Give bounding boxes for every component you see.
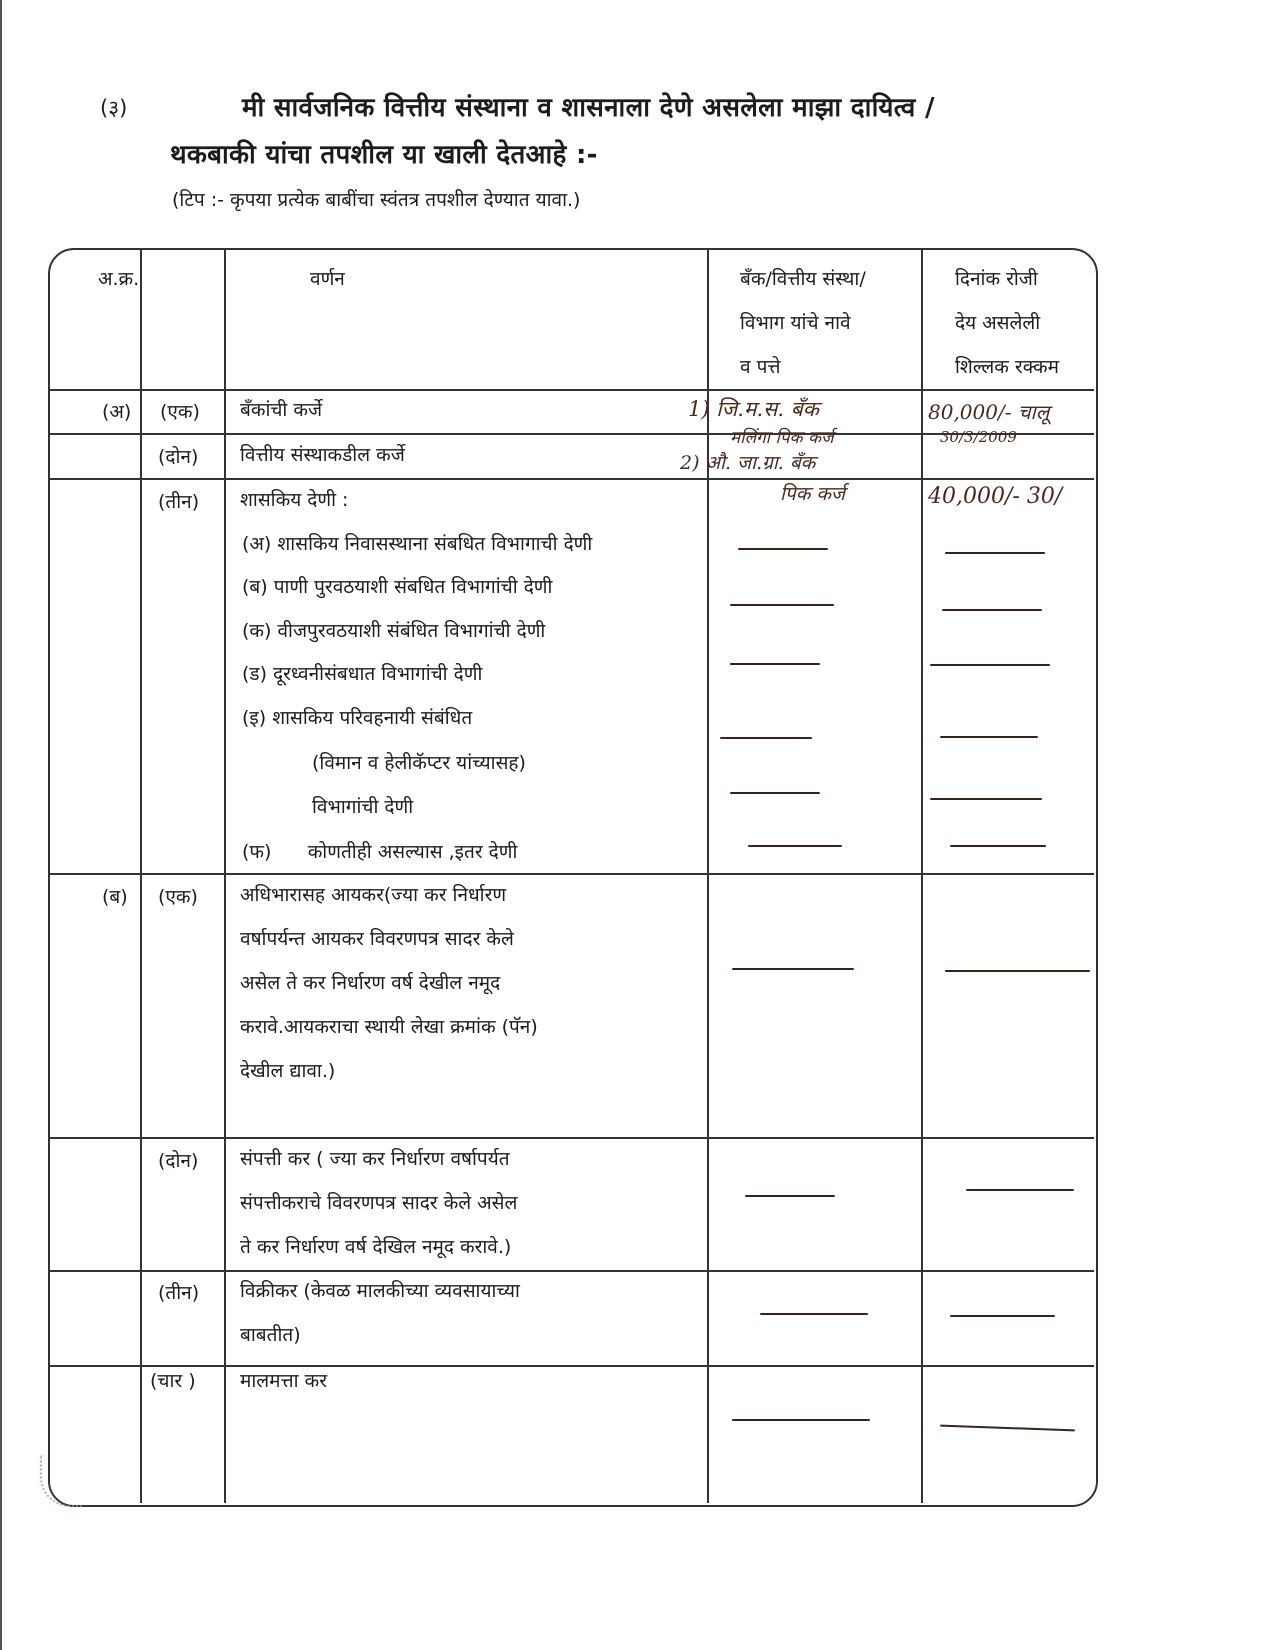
handwritten-bank: 2) औ. जा.ग्रा. बँक (680, 449, 815, 475)
page-edge (0, 0, 2, 1650)
sub-label: (दोन) (158, 448, 198, 467)
col-divider (224, 248, 226, 1503)
empty-dash (738, 548, 828, 550)
row-description: बँकांची कर्जे (240, 401, 322, 420)
sub-label: (तीन) (158, 493, 199, 512)
empty-dash (745, 1195, 835, 1197)
header-amount: देय असलेली (955, 314, 1040, 333)
header-description: वर्णन (310, 270, 345, 289)
row-description: ते कर निर्धारण वर्ष देखिल नमूद करावे.) (240, 1238, 511, 1257)
header-bank: व पत्ते (740, 358, 781, 377)
sub-item: (क) वीजपुरवठयाशी संबंधित विभागांची देणी (242, 622, 545, 641)
empty-dash (732, 968, 854, 970)
handwritten-bank: पिक कर्ज (780, 480, 845, 506)
row-description: देखील द्यावा.) (240, 1062, 335, 1081)
header-serial: अ.क्र. (98, 270, 139, 289)
row-divider (48, 873, 1094, 875)
section-number: (३) (100, 94, 127, 122)
empty-dash (730, 663, 820, 665)
row-description: असेल ते कर निर्धारण वर्ष देखील नमूद (240, 974, 500, 993)
row-description: करावे.आयकराचा स्थायी लेखा क्रमांक (पॅन) (240, 1018, 538, 1037)
empty-dash (748, 845, 842, 847)
sub-item: (विमान व हेलीकॅप्टर यांच्यासह) (312, 754, 526, 773)
empty-dash (930, 664, 1050, 666)
handwritten-bank: मलिंगा पिक कर्ज (730, 425, 834, 448)
header-bank: विभाग यांचे नावे (740, 314, 851, 333)
col-divider (140, 248, 142, 1503)
row-description: संपत्तीकराचे विवरणपत्र सादर केले असेल (240, 1194, 517, 1213)
empty-dash (950, 845, 1046, 847)
sub-item: (फ) कोणतीही असल्यास ,इतर देणी (242, 843, 517, 862)
handwritten-bank: 1) जि.म.स. बँक (688, 395, 819, 423)
empty-dash (732, 1419, 870, 1421)
sub-item: (ब) पाणी पुरवठयाशी संबधित विभागांची देणी (242, 578, 552, 597)
header-amount: शिल्लक रक्कम (955, 358, 1059, 377)
header-amount: दिनांक रोजी (955, 270, 1038, 289)
empty-dash (945, 970, 1090, 972)
sub-label: (एक) (158, 888, 198, 907)
section-title-line1: मी सार्वजनिक वित्तीय संस्थाना व शासनाला … (242, 88, 935, 124)
row-description: शासकिय देणी : (240, 491, 348, 510)
group-label: (अ) (102, 403, 131, 422)
sub-item: (अ) शासकिय निवासस्थाना संबधित विभागाची द… (242, 535, 592, 554)
col-divider (707, 248, 709, 1503)
sub-label: (तीन) (158, 1284, 199, 1303)
col-divider (921, 248, 923, 1503)
row-description: बाबतीत) (240, 1326, 301, 1345)
empty-dash (760, 1313, 868, 1315)
empty-dash (730, 792, 820, 794)
row-description: वित्तीय संस्थाकडील कर्जे (240, 446, 405, 465)
sub-label: (एक) (160, 403, 200, 422)
sub-item: (ड) दूरध्वनीसंबधात विभागांची देणी (242, 665, 482, 684)
empty-dash (940, 736, 1038, 738)
section-note: (टिप :- कृपया प्रत्येक बाबींचा स्वंतत्र … (172, 186, 580, 212)
empty-dash (945, 552, 1045, 554)
empty-dash (942, 609, 1042, 611)
empty-dash (720, 737, 812, 739)
sub-label: (दोन) (158, 1152, 198, 1171)
handwritten-amount: 40,000/- 30/ (928, 484, 1062, 509)
row-description: वर्षापर्यन्त आयकर विवरणपत्र सादर केले (240, 930, 514, 949)
handwritten-date: 30/3/2009 (940, 428, 1017, 446)
empty-dash (730, 604, 834, 606)
row-divider (48, 1137, 1094, 1139)
row-divider (48, 1365, 1094, 1367)
row-divider (48, 433, 1094, 435)
row-description: विक्रीकर (केवळ मालकीच्या व्यवसायाच्या (240, 1282, 520, 1301)
section-title-line2: थकबाकी यांचा तपशील या खाली देतआहे :- (170, 135, 598, 171)
group-label: (ब) (102, 888, 128, 907)
handwritten-amount: 80,000/- चालू (928, 398, 1049, 425)
row-description: अधिभारासह आयकर(ज्या कर निर्धारण (240, 886, 506, 905)
row-divider (48, 1270, 1094, 1272)
sub-item: (इ) शासकिय परिवहनायी संबंधित (242, 709, 472, 728)
row-divider (48, 478, 1094, 480)
sub-item: विभागांची देणी (312, 798, 413, 817)
empty-dash (930, 798, 1042, 800)
sub-label: (चार ) (150, 1372, 196, 1391)
row-divider (48, 389, 1094, 391)
row-description: मालमत्ता कर (240, 1372, 327, 1391)
empty-dash (950, 1315, 1055, 1317)
header-bank: बँक/वित्तीय संस्था/ (740, 270, 866, 289)
stamp-mark (40, 1455, 82, 1507)
row-description: संपत्ती कर ( ज्या कर निर्धारण वर्षापर्यत (240, 1150, 510, 1169)
empty-dash (966, 1189, 1074, 1191)
